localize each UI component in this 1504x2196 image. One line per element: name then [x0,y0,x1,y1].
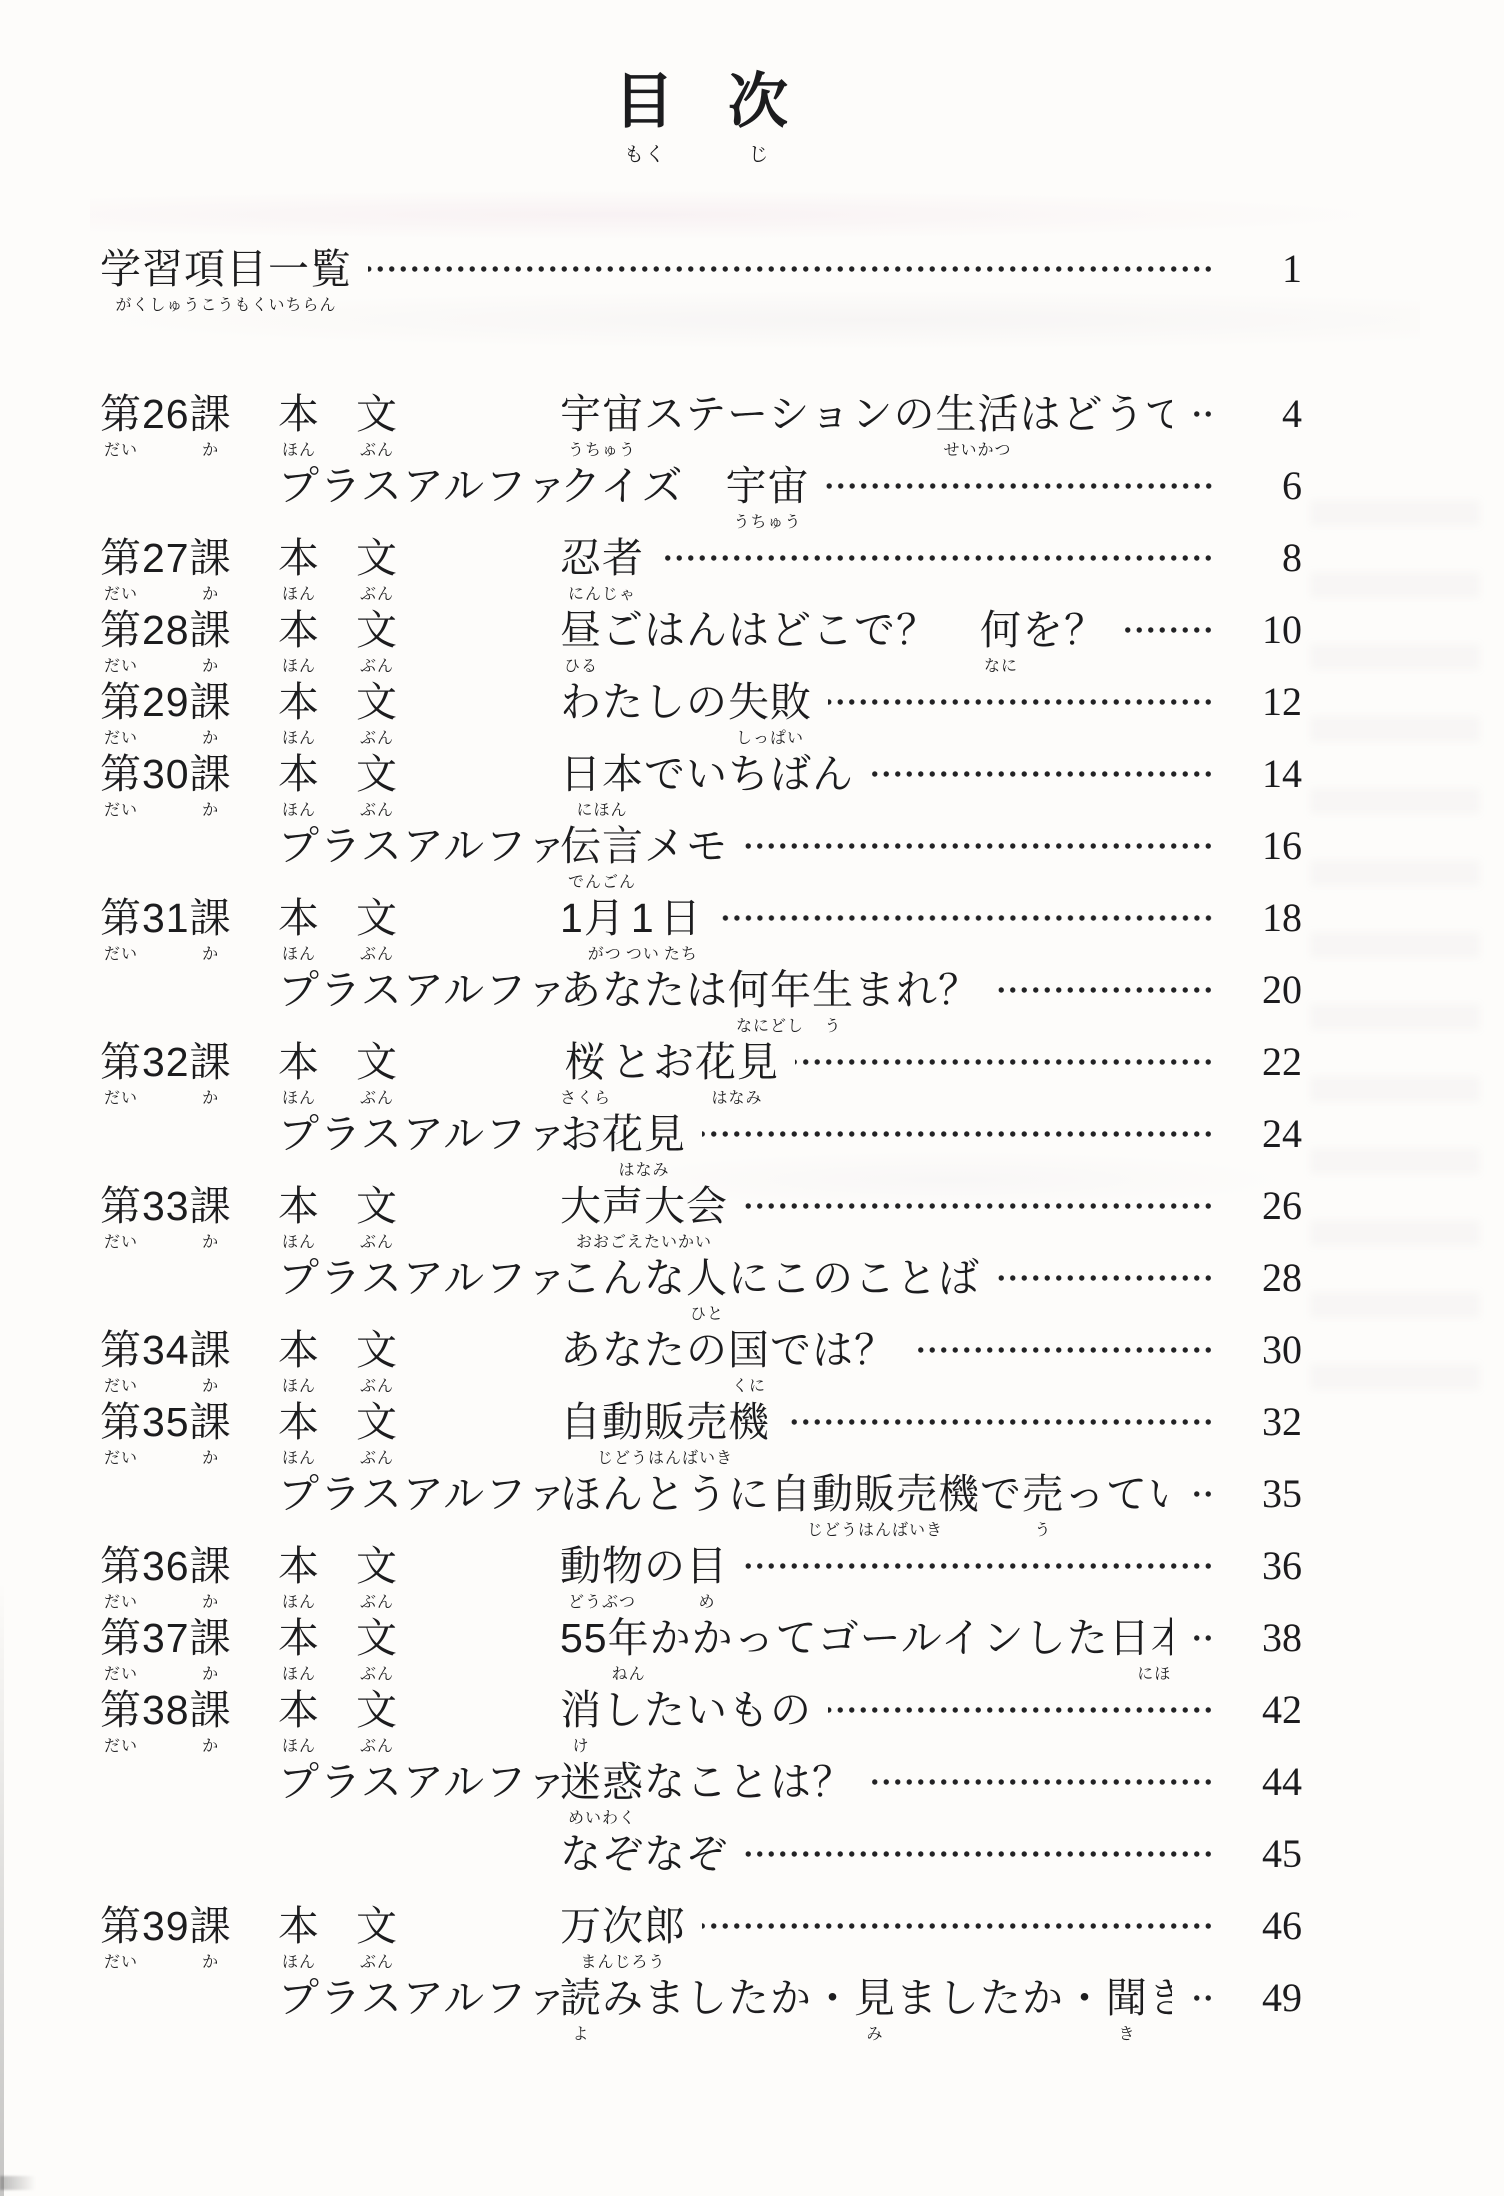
base-text: 26 [142,388,190,440]
text-segment: 27 [142,532,190,584]
text-segment: 第だい [100,1324,142,1396]
base-text: 課 [190,748,232,800]
page-number: 38 [1224,1612,1304,1664]
page-number: 24 [1224,1108,1304,1160]
leader-dots [368,243,1214,295]
text-segment: クイズ [560,460,726,512]
entry-title: 大声大会おおごえたいかい [560,1180,728,1252]
furigana-text: ほん [282,442,316,460]
text-segment: では？ [770,1324,896,1376]
furigana-text: めいわく [568,1810,636,1828]
toc-entry: 第だい27課か本ほん文ぶん忍者にんじゃ8 [100,532,1304,604]
base-text: 目 [686,1540,728,1592]
page-number: 6 [1224,460,1304,512]
furigana-text: ぶん [360,1090,394,1108]
leader-dots [702,1108,1214,1160]
text-segment: 大声大会おおごえたいかい [560,1180,728,1252]
leader-dots [826,460,1214,512]
text-segment: 第だい [100,1684,142,1756]
text-segment: プラスアルファ [278,1756,568,1808]
toc-entry: 第だい38課か本ほん文ぶん消けしたいもの42 [100,1684,1304,1756]
leader-dots [1188,1468,1214,1520]
text-segment: あなたは [560,964,728,1016]
base-text: 29 [142,676,190,728]
base-text: 30 [142,748,190,800]
furigana-text: か [202,1666,219,1684]
text-segment: を？ [1022,604,1106,656]
text-segment: プラスアルファ [278,1108,568,1160]
text-segment: 聞き [1106,1972,1148,2044]
text-segment: 何なに [980,604,1022,676]
text-segment: 本ほん [278,1684,320,1756]
furigana-text: だい [104,946,138,964]
text-segment: 第だい [100,604,142,676]
text-segment: 本ほん [278,748,320,820]
text-segment: 課か [190,1540,232,1612]
furigana-text: うちゅう [734,514,802,532]
text-segment: 宇宙うちゅう [560,388,644,460]
text-segment: 文ぶん [356,676,398,748]
text-segment: 読よ [560,1972,602,2044]
base-text: 本 [278,1036,320,1088]
base-text: 第 [100,1324,142,1376]
text-segment: 36 [142,1540,190,1592]
lesson-number: 第だい36課か [100,1540,278,1612]
base-text: 昼 [560,604,602,656]
base-text: こんな [560,1252,686,1304]
page-number: 16 [1224,820,1304,872]
leader-dots [702,1900,1214,1952]
furigana-text: しっぱい [736,730,804,748]
entry-title: 昼ひるごはんはどこで？ 何なにを？ [560,604,1106,676]
text-segment: 課か [190,748,232,820]
entry-type: プラスアルファ [278,964,560,1016]
entry-title: 消けしたいもの [560,1684,812,1756]
leader-dots [786,1396,1214,1448]
base-text: 自動販売機 [560,1396,770,1448]
lesson-number: 第だい33課か [100,1180,278,1252]
lesson-number: 第だい38課か [100,1684,278,1756]
text-segment: 第だい [100,748,142,820]
leader-dots [795,1036,1214,1088]
entry-type: 本ほん文ぶん [278,1396,560,1468]
toc-entry: 第だい31課か本ほん文ぶん1月がつ1つい日たち18 [100,892,1304,964]
entry-title: なぞなぞ [560,1828,728,1880]
base-text: 聞 [1106,1972,1148,2024]
furigana-text: だい [104,1738,138,1756]
toc-entry: プラスアルファ読よみましたか・見みましたか・聞ききましたか49 [100,1972,1304,2044]
entry-title: ほんとうに自動販売機じどうはんばいきで売うっているの？ [560,1468,1172,1540]
text-segment: とお [611,1036,695,1088]
base-text: 第 [100,532,142,584]
text-segment: 35 [142,1396,190,1448]
furigana-text: ひる [564,658,598,676]
text-segment: 32 [142,1036,190,1088]
base-text: 文 [356,1396,398,1448]
text-segment: で [980,1468,1022,1520]
base-text: 第 [100,388,142,440]
text-segment: 自動販売機じどうはんばいき [560,1396,770,1468]
text-segment: 課か [190,1036,232,1108]
scan-artifact [1310,500,1480,1400]
base-text: わたしの [560,676,728,728]
lesson-number: 第だい26課か [100,388,278,460]
furigana-text: ほん [282,1594,316,1612]
entry-title: 伝言でんごんメモ [560,820,728,892]
base-text: 花見 [602,1108,686,1160]
text-segment: にこのことば [728,1252,980,1304]
lesson-number: 第だい31課か [100,892,278,964]
furigana-text: たち [664,946,698,964]
base-text: 課 [190,1180,232,1232]
text-segment: 30 [142,748,190,800]
page-number: 20 [1224,964,1304,1016]
text-segment: 文ぶん [356,1540,398,1612]
text-segment: 文ぶん [356,1900,398,1972]
furigana-text: か [202,1738,219,1756]
toc-entry: 第だい36課か本ほん文ぶん動物どうぶつの目め36 [100,1540,1304,1612]
base-text: プラスアルファ [278,460,568,512]
base-text: クイズ [560,460,726,512]
furigana-text: か [202,730,219,748]
base-text: っているの？ [1064,1468,1172,1520]
text-segment: っているの？ [1064,1468,1172,1520]
text-segment: 昼ひる [560,604,602,676]
furigana-text: ほん [282,1738,316,1756]
base-text: 見 [854,1972,896,2024]
base-text: 27 [142,532,190,584]
toc-entry: プラスアルファほんとうに自動販売機じどうはんばいきで売うっているの？35 [100,1468,1304,1540]
text-segment: 文ぶん [356,1396,398,1468]
base-text: 月 [584,892,626,944]
toc-entry: 第だい32課か本ほん文ぶん桜さくらとお花見はなみ22 [100,1036,1304,1108]
entry-title: クイズ 宇宙うちゅう [560,460,810,532]
text-segment: 第だい [100,1540,142,1612]
base-text: 35 [142,1396,190,1448]
base-text: 37 [142,1612,190,1664]
text-segment: 本ほん [278,1396,320,1468]
toc-entry: 第だい26課か本ほん文ぶん宇宙うちゅうステーションの生活せいかつはどうですか4 [100,388,1304,460]
entry-title: 読よみましたか・見みましたか・聞ききましたか [560,1972,1172,2044]
text-segment: 花見はなみ [695,1036,779,1108]
base-text: 本 [278,1396,320,1448]
text-segment: あなたの [560,1324,728,1376]
base-text: 何 [980,604,1022,656]
base-text: にこのことば [728,1252,980,1304]
furigana-text: はなみ [712,1090,763,1108]
page-number: 14 [1224,748,1304,800]
base-text: なことは？ [644,1756,854,1808]
entry-title: 迷惑めいわくなことは？ [560,1756,854,1828]
entry-title: 動物どうぶつの目め [560,1540,728,1612]
base-text: 文 [356,748,398,800]
text-segment: 第だい [100,532,142,604]
furigana-text: う [1034,1522,1051,1540]
base-text: あなたは [560,964,728,1016]
text-segment: 月がつ [584,892,626,964]
text-segment: はどうですか [1020,388,1172,440]
leader-dots [828,1684,1214,1736]
base-text: 消 [560,1684,602,1736]
furigana-text: か [202,1450,219,1468]
text-segment: 文ぶん [356,1684,398,1756]
base-text: 34 [142,1324,190,1376]
text-segment: 55 [560,1612,608,1664]
base-text: 文 [356,1540,398,1592]
furigana-text: け [572,1738,589,1756]
text-segment: 課か [190,1180,232,1252]
text-segment: 課か [190,604,232,676]
entry-title: 1月がつ1つい日たち [560,892,702,964]
furigana-text: まんじろう [580,1954,665,1972]
base-text: 1 [631,892,655,944]
base-text: 課 [190,1036,232,1088]
text-segment: 生活せいかつ [936,388,1020,460]
base-text: 文 [356,1324,398,1376]
furigana-text: ぶん [360,946,394,964]
base-text: 第 [100,748,142,800]
furigana-text: ほん [282,1450,316,1468]
base-text: 次 [728,70,790,134]
text-segment: 課か [190,1324,232,1396]
furigana-text: か [202,1234,219,1252]
entry-type: 本ほん文ぶん [278,1684,560,1756]
base-text: 28 [142,604,190,656]
base-text: 文 [356,388,398,440]
page-number: 10 [1224,604,1304,656]
page-number: 36 [1224,1540,1304,1592]
furigana-text: ぶん [360,1234,394,1252]
leader-dots [912,1324,1214,1376]
toc-entry: 第だい30課か本ほん文ぶん日本にほんでいちばん14 [100,748,1304,820]
base-text: 本 [278,676,320,728]
text-segment: 売う [1022,1468,1064,1540]
entry-type: 本ほん文ぶん [278,1180,560,1252]
leader-dots [718,892,1214,944]
page-number: 28 [1224,1252,1304,1304]
furigana-text: でんごん [568,874,636,892]
lesson-number: 第だい39課か [100,1900,278,1972]
text-segment: 文ぶん [356,1180,398,1252]
base-text: 第 [100,892,142,944]
page-title-block: 目もく次じ [100,70,1304,166]
lesson-number: 第だい27課か [100,532,278,604]
text-segment: 次じ [728,70,790,166]
base-text: 課 [190,604,232,656]
text-segment: かかってゴールインした [650,1612,1109,1664]
text-segment: 37 [142,1612,190,1664]
base-text: ステーションの [644,388,936,440]
base-text: 文 [356,1684,398,1736]
text-segment: 文ぶん [356,892,398,964]
base-text: メモ [644,820,728,872]
entry-type: 本ほん文ぶん [278,388,560,460]
base-text: 本 [278,604,320,656]
base-text: 宇宙 [560,388,644,440]
text-segment: 本ほん [278,604,320,676]
base-text: 課 [190,1612,232,1664]
text-segment: 文ぶん [356,388,398,460]
furigana-text: だい [104,586,138,604]
furigana-text: か [202,1090,219,1108]
base-text: 39 [142,1900,190,1952]
base-text: で [980,1468,1022,1520]
text-segment: 本ほん [278,388,320,460]
text-segment: 花見はなみ [602,1108,686,1180]
furigana-text: か [202,1594,219,1612]
base-text: 55 [560,1612,608,1664]
furigana-text: おおごえたいかい [576,1234,712,1252]
page-number: 8 [1224,532,1304,584]
furigana-text: ぶん [360,1954,394,1972]
text-segment: 動物どうぶつ [560,1540,644,1612]
text-segment: 1 [560,892,584,944]
furigana-text: だい [104,1090,138,1108]
furigana-text: ぶん [360,658,394,676]
entry-title: あなたの国くにでは？ [560,1324,896,1396]
furigana-text: ほん [282,1234,316,1252]
text-segment: 文ぶん [356,1612,398,1684]
leader-dots [744,1180,1214,1232]
leader-dots [828,676,1214,728]
toc-entry: プラスアルファお花見はなみ24 [100,1108,1304,1180]
scan-artifact [90,190,1410,240]
base-text: 年 [608,1612,650,1664]
entry-title: わたしの失敗しっぱい [560,676,812,748]
furigana-text: ねん [612,1666,646,1684]
furigana-text: じどうはんばいき [597,1450,733,1468]
entry-type: プラスアルファ [278,1756,560,1808]
furigana-text: ひと [690,1306,724,1324]
page-number: 32 [1224,1396,1304,1448]
furigana-text: ほん [282,1090,316,1108]
text-segment: 文ぶん [356,748,398,820]
base-text: 日 [660,892,702,944]
leader-dots [870,1756,1214,1808]
base-text: 花見 [695,1036,779,1088]
base-text: 桜 [565,1036,607,1088]
furigana-text: ほん [282,658,316,676]
base-text: とお [611,1036,695,1088]
base-text: 文 [356,892,398,944]
base-text: 大声大会 [560,1180,728,1232]
toc-entry: プラスアルファあなたは何年なにどし生うまれ？20 [100,964,1304,1036]
lesson-number: 第だい34課か [100,1324,278,1396]
leader-dots [1122,604,1214,656]
base-text: 第 [100,1036,142,1088]
base-text: 課 [190,532,232,584]
base-text: 忍者 [560,532,644,584]
text-segment: プラスアルファ [278,820,568,872]
furigana-text: せいかつ [944,442,1012,460]
leader-dots [744,1540,1214,1592]
furigana-text: にほんじんせんしゅ [1137,1666,1172,1684]
toc-entry: 第だい33課か本ほん文ぶん大声大会おおごえたいかい26 [100,1180,1304,1252]
entry-type: プラスアルファ [278,1468,560,1520]
base-text: 本 [278,892,320,944]
base-text: 文 [356,532,398,584]
base-text: きましたか [1148,1972,1172,2024]
text-segment: 桜さくら [560,1036,611,1108]
base-text: 第 [100,604,142,656]
furigana-text: か [202,442,219,460]
page-number: 4 [1224,388,1304,440]
base-text: 目 [614,70,676,134]
furigana-text: くに [732,1378,766,1396]
text-segment: プラスアルファ [278,460,568,512]
page-number: 44 [1224,1756,1304,1808]
text-segment: 課か [190,1684,232,1756]
furigana-text: ぶん [360,1594,394,1612]
furigana-text: ぶん [360,1378,394,1396]
furigana-text: か [202,1954,219,1972]
entry-type: 本ほん文ぶん [278,748,560,820]
text-segment: 文ぶん [356,604,398,676]
entry-title: 学習項目一覧がくしゅうこうもくいちらん [100,243,352,315]
text-segment: 自動販売機じどうはんばいき [770,1468,980,1540]
base-text: ほんとうに [560,1468,770,1520]
furigana-text: ぶん [360,442,394,460]
leader-dots [996,964,1214,1016]
leader-dots [660,532,1214,584]
furigana-text: ぶん [360,586,394,604]
toc-entry: 第だい37課か本ほん文ぶん55年ねんかかってゴールインした日本人選手にほんじんせ… [100,1612,1304,1684]
entry-type: 本ほん文ぶん [278,604,560,676]
base-text: 文 [356,1036,398,1088]
toc-entry: 第だい34課か本ほん文ぶんあなたの国くにでは？30 [100,1324,1304,1396]
base-text: したいもの [602,1684,812,1736]
text-segment: 第だい [100,1900,142,1972]
lesson-number: 第だい28課か [100,604,278,676]
base-text: 迷惑 [560,1756,644,1808]
base-text: 売 [1022,1468,1064,1520]
page-number: 18 [1224,892,1304,944]
furigana-text: なに [984,658,1018,676]
text-segment: 課か [190,532,232,604]
base-text: プラスアルファ [278,1252,568,1304]
toc-entry: なぞなぞ45 [100,1828,1304,1900]
text-segment: 第だい [100,676,142,748]
leader-dots [1188,388,1214,440]
text-segment: 33 [142,1180,190,1232]
text-segment: プラスアルファ [278,1468,568,1520]
base-text: 第 [100,1180,142,1232]
page-number: 1 [1224,243,1304,295]
text-segment: 課か [190,1396,232,1468]
text-segment: 日本人選手にほんじんせんしゅ [1109,1612,1172,1684]
furigana-text: か [202,802,219,820]
text-segment: 何年なにどし [728,964,812,1036]
text-segment: 38 [142,1684,190,1736]
base-text: 失敗 [728,676,812,728]
leader-dots [744,820,1214,872]
furigana-text: ほん [282,1954,316,1972]
scanned-toc-page: 目もく次じ 学習項目一覧がくしゅうこうもくいちらん1 第だい26課か本ほん文ぶん… [0,0,1504,2196]
scan-edge-shadow [0,1580,4,2196]
text-segment: 失敗しっぱい [728,676,812,748]
text-segment: したいもの [602,1684,812,1736]
text-segment: 国くに [728,1324,770,1396]
furigana-text: み [866,2026,883,2044]
furigana-text: だい [104,730,138,748]
base-text: 本 [278,1612,320,1664]
base-text: 38 [142,1684,190,1736]
entry-type: 本ほん文ぶん [278,1324,560,1396]
entry-type: 本ほん文ぶん [278,892,560,964]
furigana-text: だい [104,1954,138,1972]
base-text: 自動販売機 [770,1468,980,1520]
furigana-text: ほん [282,586,316,604]
